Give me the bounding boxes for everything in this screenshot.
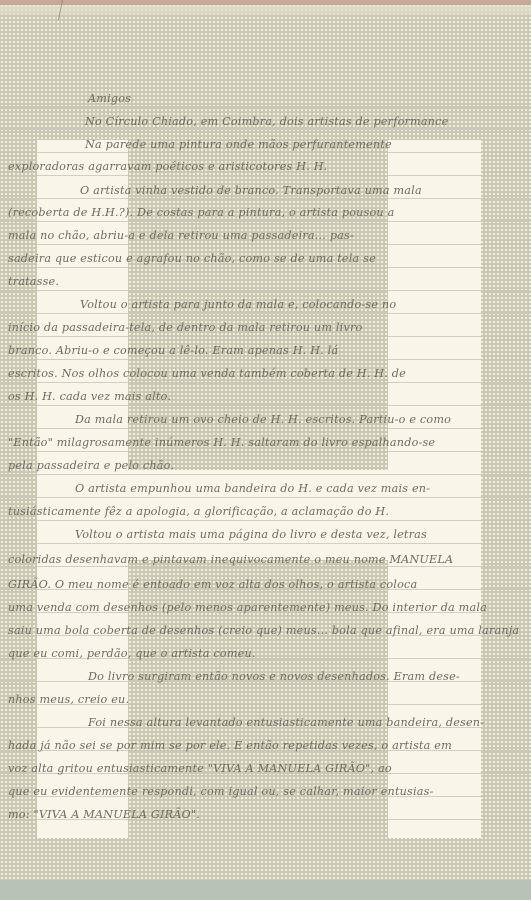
text-line: que eu comi, perdão, que o artista comeu… — [8, 647, 256, 660]
text-line: O artista vinha vestido de branco. Trans… — [80, 184, 422, 197]
text-line: branco. Abriu-o e começou a lê-lo. Eram … — [8, 344, 338, 357]
salutation: Amigos — [88, 92, 131, 105]
text-line: sadeira que esticou e agrafou no chão, c… — [8, 252, 376, 265]
text-line: nhos meus, creio eu. — [8, 693, 129, 706]
text-line: saiu uma bola coberta de desenhos (creio… — [8, 624, 519, 637]
text-line: Do livro surgiram então novos e novos de… — [88, 670, 460, 683]
text-line: Na parede uma pintura onde mãos perfuran… — [85, 138, 392, 151]
text-line: Voltou o artista mais uma página do livr… — [75, 528, 427, 541]
text-line: exploradoras agarravam poéticos e aristi… — [8, 160, 327, 173]
text-line: uma venda com desenhos (pelo menos apare… — [8, 601, 487, 614]
text-line: tratasse. — [8, 275, 59, 288]
text-line: hada já não sei se por mim se por ele. E… — [8, 739, 452, 752]
text-line: escritos. Nos olhos colocou uma venda ta… — [8, 367, 406, 380]
text-line: mala no chão, abriu-a e dela retirou uma… — [8, 229, 354, 242]
text-line: tusiásticamente fêz a apologia, a glorif… — [8, 505, 389, 518]
text-line: "Então" milagrosamente inúmeros H. H. sa… — [8, 436, 435, 449]
text-line: os H. H. cada vez mais alto. — [8, 390, 171, 403]
text-line: (recoberta de H.H.?). De costas para a p… — [8, 206, 394, 219]
text-line: que eu evidentemente respondi, com igual… — [8, 785, 434, 798]
text-line: pela passadeira e pelo chão. — [8, 459, 174, 472]
text-line: Da mala retirou um ovo cheio de H. H. es… — [75, 413, 451, 426]
closing-line: mo: "VIVA A MANUELA GIRÃO". — [8, 808, 200, 821]
text-line: Voltou o artista para junto da mala e, c… — [80, 298, 396, 311]
text-line: No Círculo Chiado, em Coimbra, dois arti… — [85, 115, 448, 128]
text-line: Foi nessa altura levantado entusiasticam… — [88, 716, 484, 729]
text-line: O artista empunhou uma bandeira do H. e … — [75, 482, 430, 495]
text-line: voz alta gritou entusiasticamente "VIVA … — [8, 762, 392, 775]
text-line: início da passadeira-tela, de dentro da … — [8, 321, 362, 334]
paper-bottom-edge — [0, 880, 531, 900]
text-line: coloridas desenhavam e pintavam inequivo… — [8, 553, 453, 566]
text-line: GIRÃO. O meu nome é entoado em voz alta … — [8, 578, 417, 591]
letter-body: Amigos No Círculo Chiado, em Coimbra, do… — [0, 0, 531, 900]
paper-page: Amigos No Círculo Chiado, em Coimbra, do… — [0, 0, 531, 900]
